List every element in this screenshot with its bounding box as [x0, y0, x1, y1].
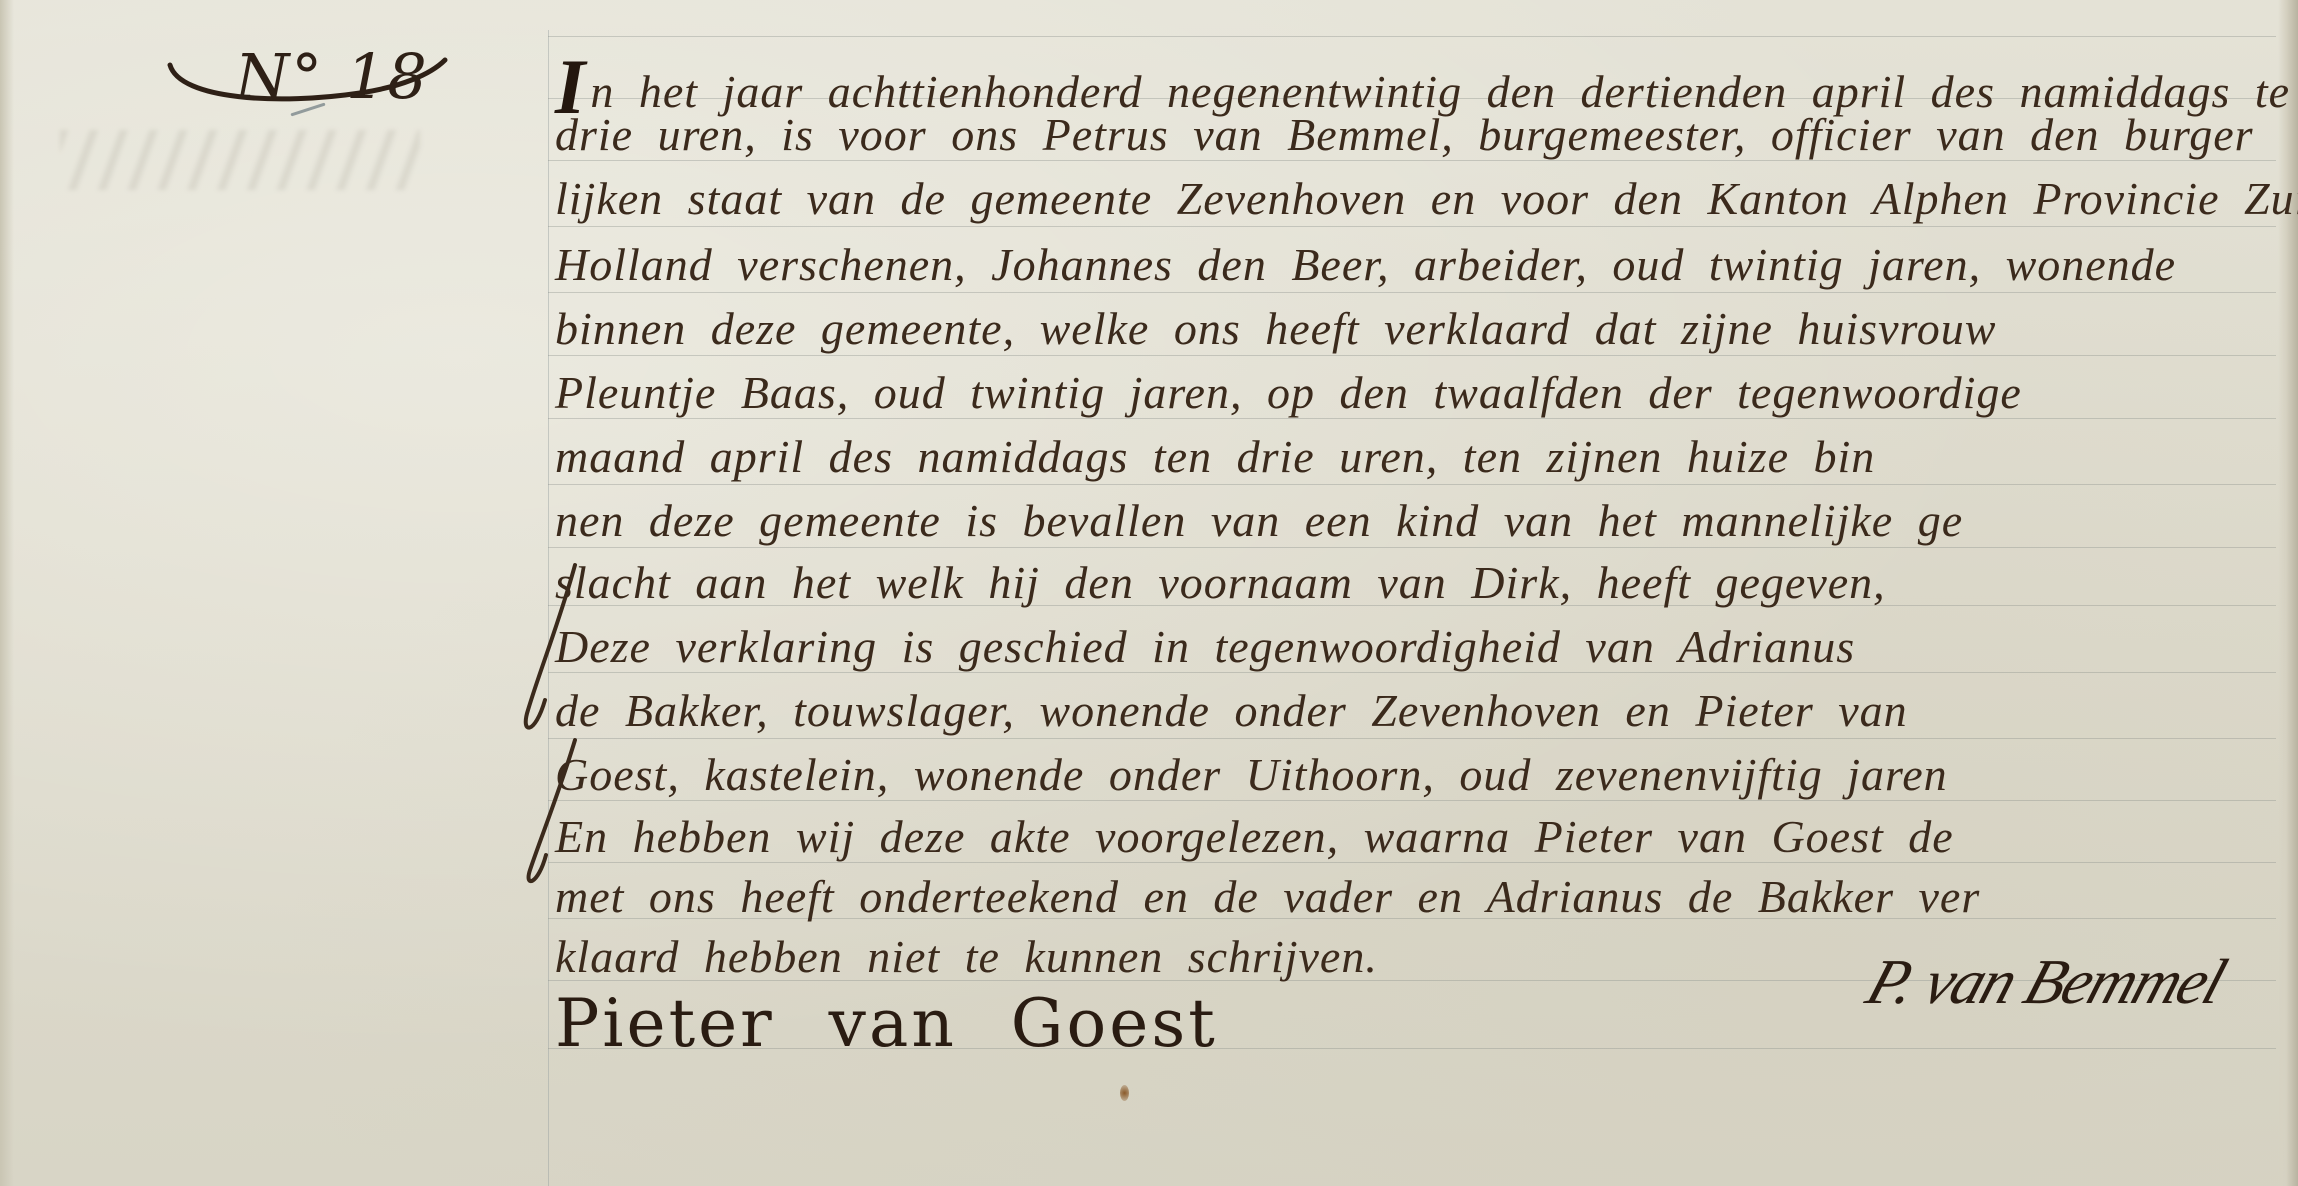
text-line-7: maand april des namiddags ten drie uren,…: [555, 430, 1875, 483]
ruled-line: [548, 355, 2276, 356]
text-line-13: En hebben wij deze akte voorgelezen, waa…: [555, 810, 1954, 863]
ink-stain: [1120, 1085, 1129, 1101]
text-line-9: slacht aan het welk hij den voornaam van…: [555, 556, 1886, 609]
ruled-line: [548, 292, 2276, 293]
text-line-3: lijken staat van de gemeente Zevenhoven …: [555, 172, 2298, 225]
witness-signature: Pieter van Goest: [555, 985, 1218, 1062]
ink-bleed-through: [60, 130, 420, 190]
flourish-icon: [520, 560, 580, 890]
text-line-8: nen deze gemeente is bevallen van een ki…: [555, 494, 1963, 547]
entry-number: N° 18: [235, 40, 429, 113]
page-left-edge: [0, 0, 14, 1186]
text-line-6: Pleuntje Baas, oud twintig jaren, op den…: [555, 366, 2022, 419]
text-line-15: klaard hebben niet te kunnen schrijven.: [555, 930, 1378, 983]
ruled-line: [548, 547, 2276, 548]
official-signature: P. van Bemmel: [1858, 945, 2233, 1019]
text-line-5: binnen deze gemeente, welke ons heeft ve…: [555, 302, 1996, 355]
text-line-14: met ons heeft onderteekend en de vader e…: [555, 870, 1980, 923]
ruled-line: [548, 226, 2276, 227]
text-line-11: de Bakker, touwslager, wonende onder Zev…: [555, 684, 1908, 737]
line-4-text: Holland verschenen, Johannes den Beer, a…: [555, 239, 2176, 290]
ruled-line: [548, 484, 2276, 485]
text-line-4: Holland verschenen, Johannes den Beer, a…: [555, 238, 2176, 291]
text-line-2: drie uren, is voor ons Petrus van Bemmel…: [555, 108, 2254, 161]
document-page: N° 18 In het jaar achttienhonderd negene…: [0, 0, 2298, 1186]
text-line-10: Deze verklaring is geschied in tegenwoor…: [555, 620, 1855, 673]
ruled-line: [548, 36, 2276, 37]
text-line-12: Goest, kastelein, wonende onder Uithoorn…: [555, 748, 1948, 801]
ruled-line: [548, 738, 2276, 739]
